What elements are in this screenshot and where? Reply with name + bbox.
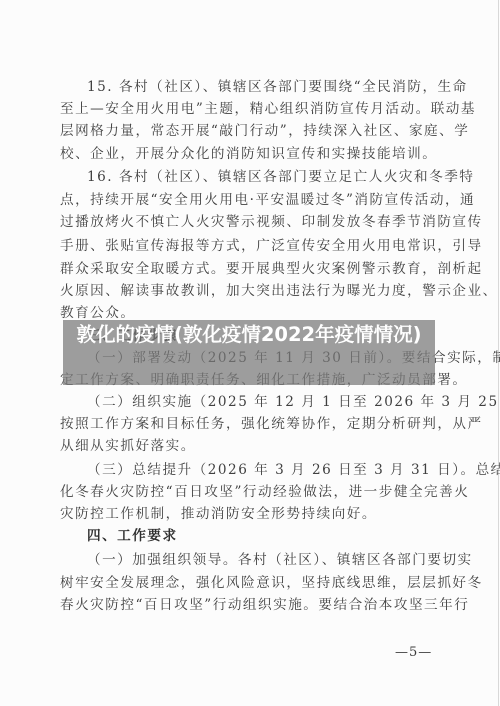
paragraph-16-line-6: 火原因、解读事故教训，加大突出违法行为曝光力度，警示企业、 [60, 282, 444, 300]
paragraph-16-line-1: 16. 各村（社区）、镇辖区各部门要立足亡人火灾和冬季特 [87, 168, 444, 186]
step-2-line-2: 按照工作方案和目标任务，强化统筹协作，定期分析研判，从严 [60, 415, 444, 433]
paragraph-15-line-4: 校、企业，开展分众化的消防知识宣传和实操技能培训。 [60, 145, 444, 163]
step-3-line-3: 灾防控工作机制，推动消防安全形势持续向好。 [60, 505, 444, 523]
step-3-line-2: 化冬春火灾防控“百日攻坚”行动经验做法，进一步健全完善火 [60, 483, 444, 501]
step-2-line-1: （二）组织实施（2025 年 12 月 1 日至 2026 年 3 月 25 日… [87, 393, 444, 411]
article-title[interactable]: 敦化的疫情(敦化疫情2022年疫情情况) [63, 321, 435, 349]
step-3-line-1: （三）总结提升（2026 年 3 月 26 日至 3 月 31 日）。总结固 [87, 461, 444, 479]
paragraph-16-line-3: 过播放烤火不慎亡人火灾警示视频、印制发放冬春季节消防宣传 [60, 213, 444, 231]
paragraph-16-line-4: 手册、张贴宣传海报等方式，广泛宣传安全用火用电常识，引导 [60, 237, 444, 255]
requirement-1-line-2: 树牢安全发展理念，强化风险意识，坚持底线思维，层层抓好冬 [60, 574, 444, 592]
paragraph-16-line-5: 群众采取安全取暖方式。要开展典型火灾案例警示教育，剖析起 [60, 260, 444, 278]
paragraph-15-line-3: 层网格力量，常态开展“敲门行动”，持续深入社区、家庭、学 [60, 122, 444, 140]
page-number: —5— [395, 645, 432, 660]
requirement-1-line-3: 春火灾防控“百日攻坚”行动组织实施。要结合治本攻坚三年行 [60, 596, 444, 614]
section-heading-4: 四、工作要求 [87, 527, 444, 545]
step-2-line-3: 从细从实抓好落实。 [60, 437, 444, 455]
paragraph-15-line-2: 至上—安全用火用电”主题，精心组织消防宣传月活动。联动基 [60, 100, 444, 118]
paragraph-15-line-1: 15. 各村（社区）、镇辖区各部门要围绕“全民消防，生命 [87, 78, 444, 96]
requirement-1-line-1: （一）加强组织领导。各村（社区）、镇辖区各部门要切实 [87, 551, 444, 569]
paragraph-16-line-2: 点，持续开展“安全用火用电·平安温暖过冬”消防宣传活动，通 [60, 191, 444, 209]
